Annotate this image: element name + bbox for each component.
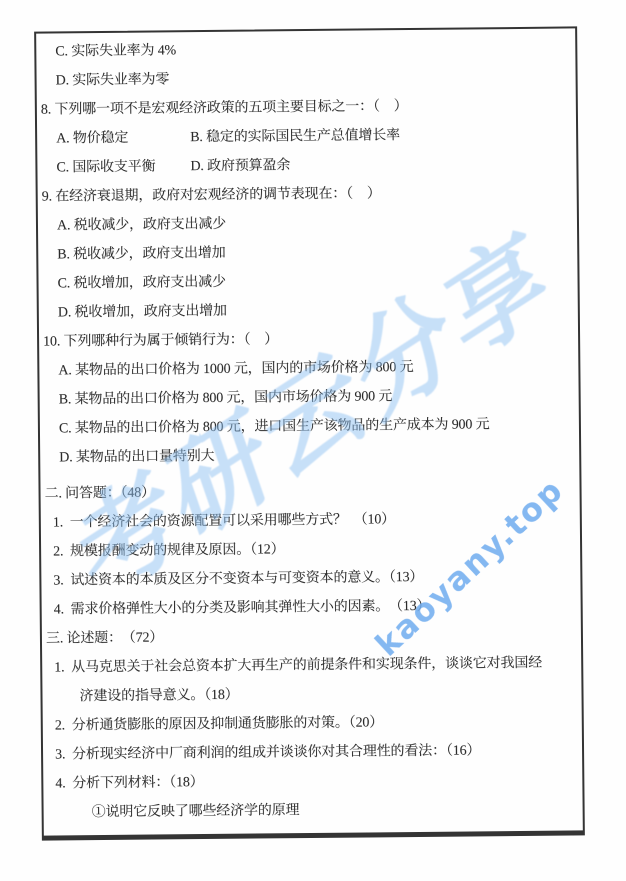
exam-sheet-frame: C. 实际失业率为 4% D. 实际失业率为零 8. 下列哪一项不是宏观经济政策… (34, 26, 585, 840)
choice-col-b: B. 稳定的实际国民生产总值增长率 (190, 128, 400, 145)
choice-line: D. 某物品的出口量特别大 (44, 438, 577, 472)
material-point-line: ①说明它反映了哪些经济学的原理 (47, 793, 580, 827)
choice-col-a: C. 国际收支平衡 (56, 152, 190, 182)
choice-col-b: D. 政府预算盈余 (190, 158, 290, 174)
subquestion-line: 1. 从马克思关于社会总资本扩大再生产的前提条件和实现条件，谈谈它对我国经 (46, 648, 579, 682)
choice-col-a: A. 物价稳定 (56, 123, 190, 153)
